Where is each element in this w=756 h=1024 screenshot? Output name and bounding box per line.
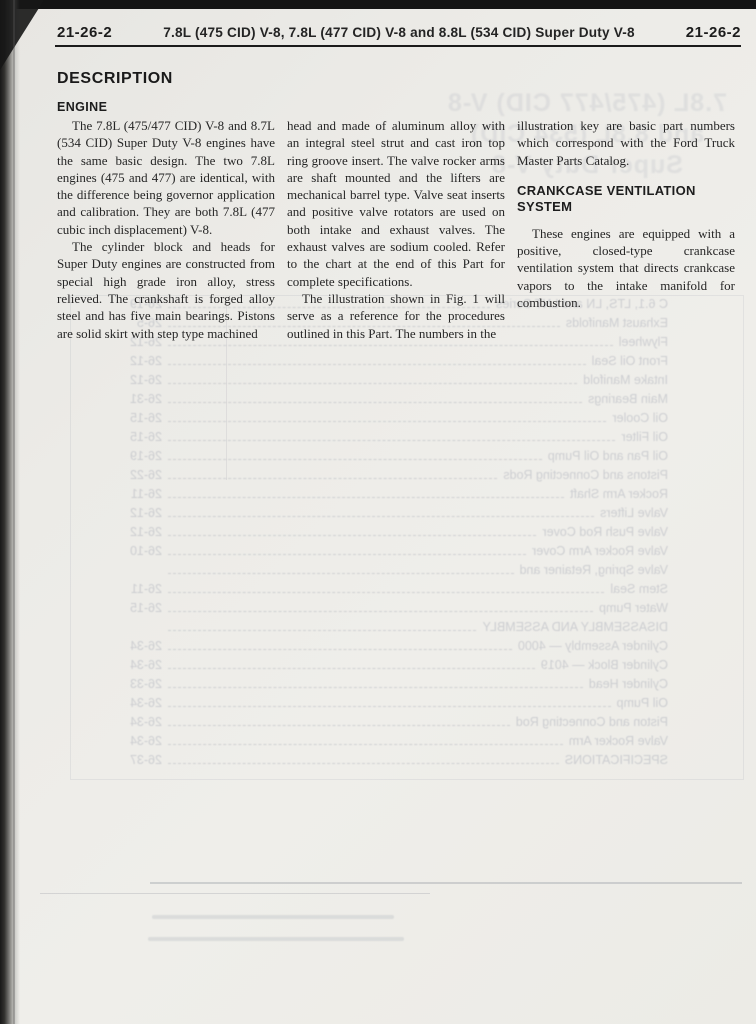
bleed-through-toc-line: Pistons and Connecting Rods 26-22 <box>66 468 742 487</box>
bleed-through-toc-line: Valve Lifters 26-12 <box>66 506 742 525</box>
bleed-through-toc-line: Piston and Connecting Rod 26-34 <box>66 715 742 734</box>
bleed-through-toc-line: Valve Rocker Arm Cover 26-10 <box>66 544 742 563</box>
bleed-through-toc-line: Valve Spring, Retainer and <box>66 563 742 582</box>
bleed-through-toc-line: Cylinder Block — 4019 26-34 <box>66 658 742 677</box>
bleed-through-toc-line: Valve Rocker Arm 26-34 <box>66 734 742 753</box>
page-number-left: 21-26-2 <box>57 24 112 41</box>
page-number-right: 21-26-2 <box>686 24 741 41</box>
paragraph: The cylinder block and heads for Super D… <box>57 238 275 342</box>
paragraph: These engines are equipped with a positi… <box>517 225 735 311</box>
paragraph: head and made of aluminum alloy with an … <box>287 117 505 290</box>
bleed-through-toc-line: SPECIFICATIONS 26-37 <box>66 753 742 772</box>
paragraph: The illustration shown in Fig. 1 will se… <box>287 290 505 342</box>
scan-corner-shadow <box>0 0 44 70</box>
bleed-through-toc-line: Oil Pan and Oil Pump 26-19 <box>66 449 742 468</box>
bleed-through-toc-line: Main Bearings 26-31 <box>66 392 742 411</box>
scan-edge-top <box>0 0 756 9</box>
bleed-through-toc-line: Cylinder Head 26-33 <box>66 677 742 696</box>
bleed-through-toc-line: Oil Cooler 26-15 <box>66 411 742 430</box>
section-title: DESCRIPTION <box>57 70 173 88</box>
bleed-through-rule <box>150 882 742 884</box>
bleed-through-toc-line: Valve Push Rod Cover 26-12 <box>66 525 742 544</box>
bleed-through-toc: C 6.1, LTS, LN and LNT Series 26-19 Exha… <box>66 297 742 772</box>
manual-page-scan: 7.8L (475/477 CID) V-8 and 8.8L (534 CID… <box>0 0 756 1024</box>
scan-binding-streak <box>13 0 15 1024</box>
bleed-through-toc-line: Stem Seal 26-11 <box>66 582 742 601</box>
text-column-2: head and made of aluminum alloy with an … <box>287 117 505 342</box>
bleed-through-toc-line: Oil Pump 26-34 <box>66 696 742 715</box>
bleed-through-toc-line: Water Pump 26-15 <box>66 601 742 620</box>
bleed-through-toc-line: Oil Filter 26-15 <box>66 430 742 449</box>
crankcase-ventilation-heading: CRANKCASE VENTILATION SYSTEM <box>517 183 735 216</box>
page-header: 21-26-2 7.8L (475 CID) V-8, 7.8L (477 CI… <box>57 24 741 41</box>
header-rule <box>55 45 741 47</box>
paragraph: The 7.8L (475/477 CID) V-8 and 8.7L (534… <box>57 117 275 238</box>
bleed-through-toc-line: Rocker Arm Shaft 26-11 <box>66 487 742 506</box>
bleed-through-text-smudge <box>152 915 394 919</box>
bleed-through-table-border <box>70 295 744 780</box>
text-columns: The 7.8L (475/477 CID) V-8 and 8.7L (534… <box>57 117 735 342</box>
paragraph: illustration key are basic part numbers … <box>517 117 735 169</box>
bleed-through-toc-line: DISASSEMBLY AND ASSEMBLY <box>66 620 742 639</box>
spacer <box>517 169 735 183</box>
text-column-1: The 7.8L (475/477 CID) V-8 and 8.7L (534… <box>57 117 275 342</box>
bleed-through-toc-line: Intake Manifold 26-12 <box>66 373 742 392</box>
bleed-through-toc-line: Front Oil Seal 26-12 <box>66 354 742 373</box>
bleed-through-rule <box>40 893 430 894</box>
text-column-3: illustration key are basic part numbers … <box>517 117 735 342</box>
bleed-through-text-smudge <box>148 937 404 941</box>
engine-heading: ENGINE <box>57 100 107 114</box>
page-header-title: 7.8L (475 CID) V-8, 7.8L (477 CID) V-8 a… <box>112 25 686 40</box>
bleed-through-toc-line: Cylinder Assembly — 4000 26-34 <box>66 639 742 658</box>
scan-edge-left <box>0 0 20 1024</box>
